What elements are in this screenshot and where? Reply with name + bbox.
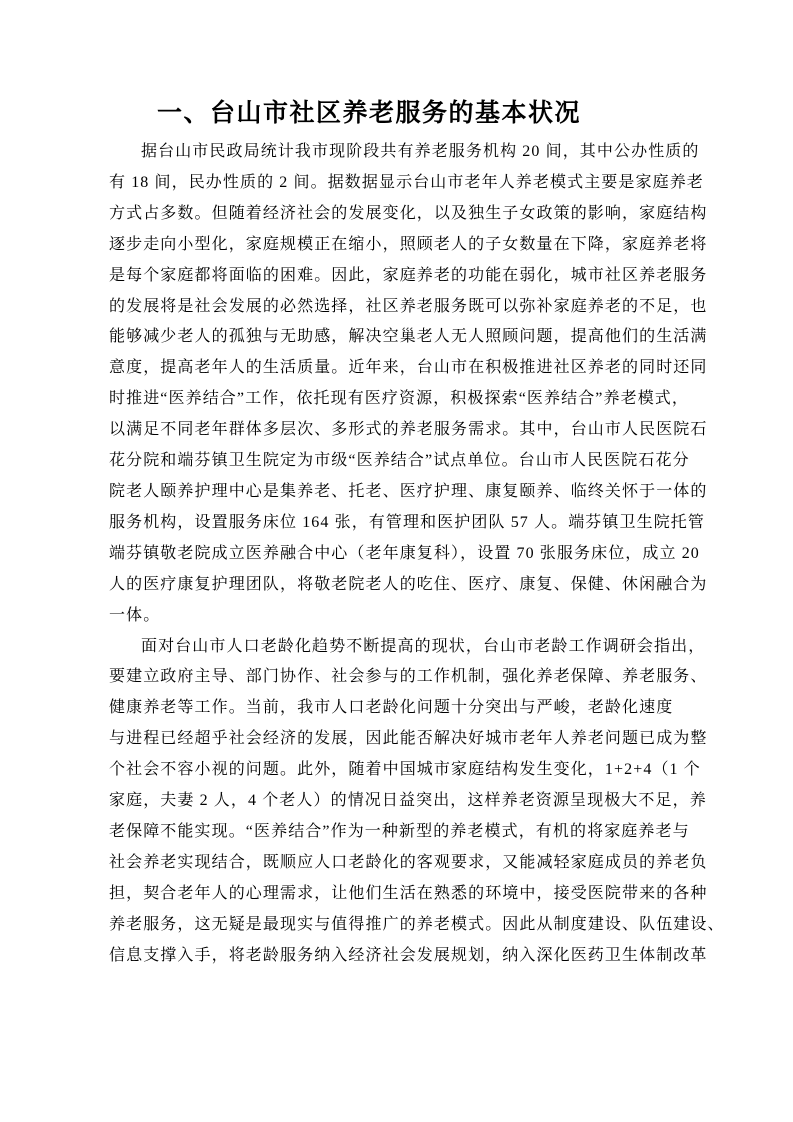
document-page: 一、台山市社区养老服务的基本状况 据台山市民政局统计我市现阶段共有养老服务机构 …: [0, 0, 793, 1122]
text-line: 据台山市民政局统计我市现阶段共有养老服务机构 20 间，其中公办性质的: [109, 137, 729, 168]
paragraph-2: 面对台山市人口老龄化趋势不断提高的现状，台山市老龄工作调研会指出，要建立政府主导…: [109, 632, 729, 972]
text-line: 以满足不同老年群体多层次、多形式的养老服务需求。其中，台山市人民医院石: [109, 415, 729, 446]
text-line: 担，契合老年人的心理需求，让他们生活在熟悉的环境中，接受医院带来的各种: [109, 879, 729, 910]
section-heading: 一、台山市社区养老服务的基本状况: [157, 94, 581, 132]
text-line: 院老人颐养护理中心是集养老、托老、医疗护理、康复颐养、临终关怀于一体的: [109, 477, 729, 508]
text-line: 要建立政府主导、部门协作、社会参与的工作机制，强化养老保障、养老服务、: [109, 662, 729, 693]
text-line: 有 18 间，民办性质的 2 间。据数据显示台山市老年人养老模式主要是家庭养老: [109, 168, 729, 199]
text-line: 一体。: [109, 601, 729, 632]
text-line: 与进程已经超乎社会经济的发展，因此能否解决好城市老年人养老问题已成为整: [109, 724, 729, 755]
text-line: 是每个家庭都将面临的困难。因此，家庭养老的功能在弱化，城市社区养老服务: [109, 261, 729, 292]
text-line: 服务机构，设置服务床位 164 张，有管理和医护团队 57 人。端芬镇卫生院托管: [109, 508, 729, 539]
text-line: 健康养老等工作。当前，我市人口老龄化问题十分突出与严峻，老龄化速度: [109, 693, 729, 724]
text-line: 养老服务，这无疑是最现实与值得推广的养老模式。因此从制度建设、队伍建设、: [109, 910, 729, 941]
text-line: 家庭，夫妻 2 人，4 个老人）的情况日益突出，这样养老资源呈现极大不足，养: [109, 786, 729, 817]
text-line: 的发展将是社会发展的必然选择，社区养老服务既可以弥补家庭养老的不足，也: [109, 292, 729, 323]
text-line: 花分院和端芬镇卫生院定为市级“医养结合”试点单位。台山市人民医院石花分: [109, 446, 729, 477]
text-line: 社会养老实现结合，既顺应人口老龄化的客观要求，又能减轻家庭成员的养老负: [109, 848, 729, 879]
text-line: 能够减少老人的孤独与无助感，解决空巢老人无人照顾问题，提高他们的生活满: [109, 322, 729, 353]
text-line: 逐步走向小型化，家庭规模正在缩小，照顾老人的子女数量在下降，家庭养老将: [109, 230, 729, 261]
text-line: 个社会不容小视的问题。此外，随着中国城市家庭结构发生变化，1+2+4（1 个: [109, 755, 729, 786]
document-body: 据台山市民政局统计我市现阶段共有养老服务机构 20 间，其中公办性质的有 18 …: [109, 137, 729, 971]
paragraph-1: 据台山市民政局统计我市现阶段共有养老服务机构 20 间，其中公办性质的有 18 …: [109, 137, 729, 632]
text-line: 方式占多数。但随着经济社会的发展变化，以及独生子女政策的影响，家庭结构: [109, 199, 729, 230]
text-line: 信息支撑入手，将老龄服务纳入经济社会发展规划，纳入深化医药卫生体制改革: [109, 941, 729, 972]
text-line: 人的医疗康复护理团队，将敬老院老人的吃住、医疗、康复、保健、休闲融合为: [109, 570, 729, 601]
text-line: 意度，提高老年人的生活质量。近年来，台山市在积极推进社区养老的同时还同: [109, 353, 729, 384]
text-line: 时推进“医养结合”工作，依托现有医疗资源，积极探索“医养结合”养老模式，: [109, 384, 729, 415]
text-line: 端芬镇敬老院成立医养融合中心（老年康复科），设置 70 张服务床位，成立 20: [109, 539, 729, 570]
text-line: 老保障不能实现。“医养结合”作为一种新型的养老模式，有机的将家庭养老与: [109, 817, 729, 848]
text-line: 面对台山市人口老龄化趋势不断提高的现状，台山市老龄工作调研会指出，: [109, 632, 729, 663]
